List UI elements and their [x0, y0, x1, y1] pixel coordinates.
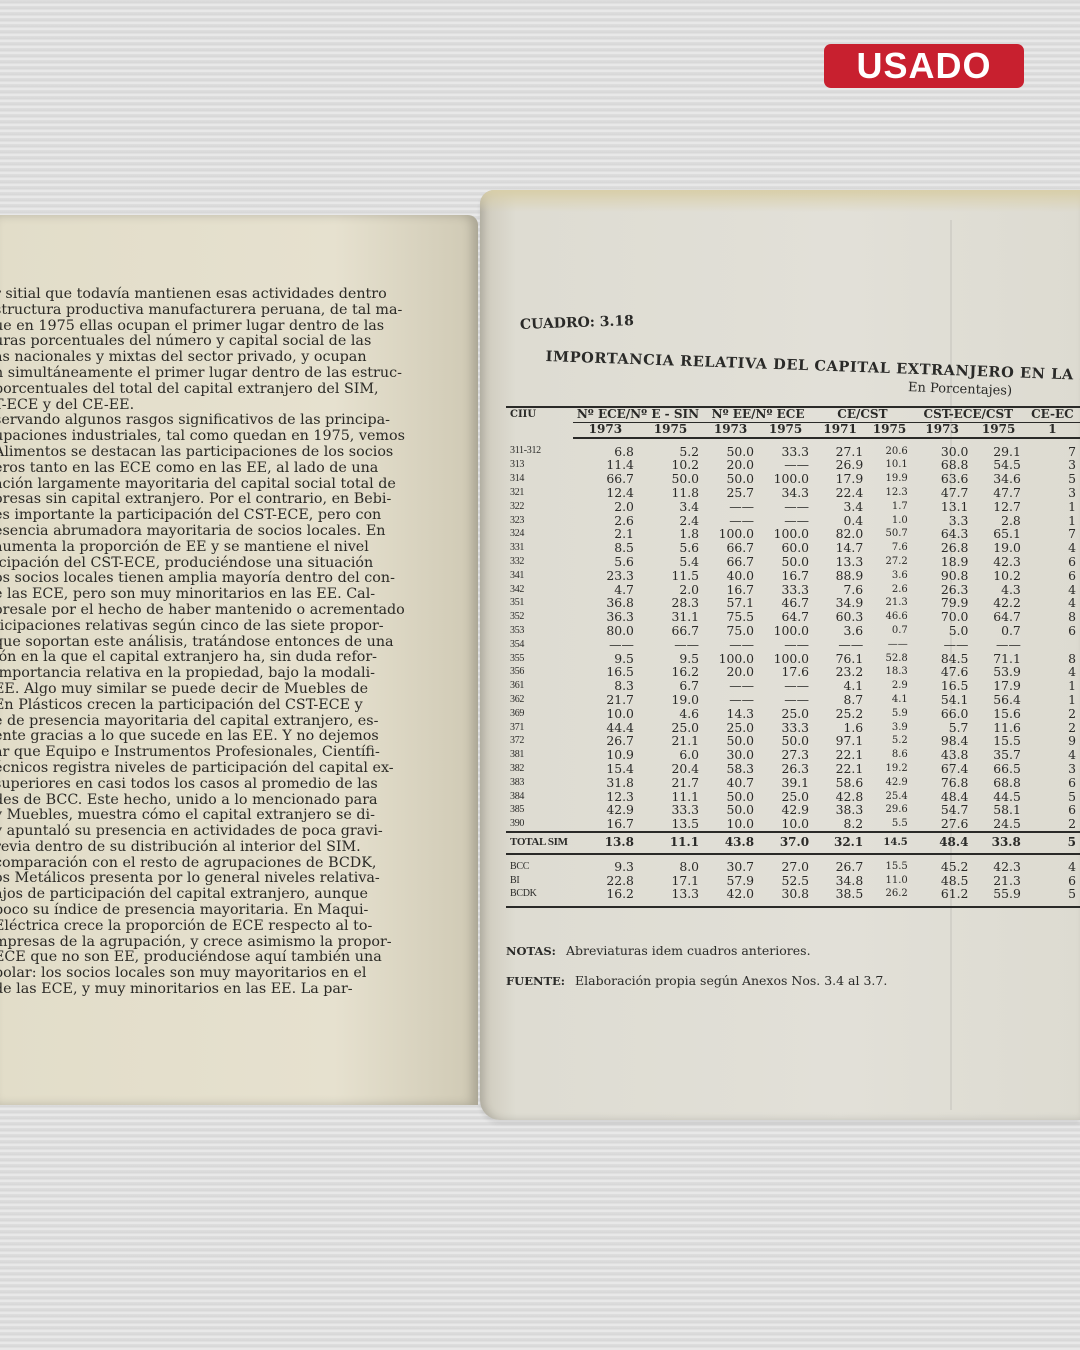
table-cell: 4 — [1025, 748, 1080, 762]
table-cell: 6 — [1025, 776, 1080, 790]
year-header: 1973 — [573, 422, 638, 437]
text-line: upaciones industriales, tal como quedan … — [0, 429, 434, 445]
table-cell: 0.4 — [813, 514, 867, 528]
table-cell: 67.4 — [912, 762, 973, 776]
table-cell: 13.3 — [813, 555, 867, 569]
table-cell: 14.5 — [867, 832, 912, 854]
table-subtitle: En Porcentajes) — [908, 380, 1013, 399]
table-cell: 21.3 — [972, 874, 1024, 888]
text-line: des de BCC. Este hecho, unido a lo menci… — [0, 793, 434, 809]
table-cell: —— — [813, 638, 867, 652]
ciiu-code: 381 — [506, 748, 573, 762]
table-cell: 50.0 — [758, 734, 813, 748]
table-cell: 6 — [1025, 803, 1080, 817]
text-line: revia dentro de su distribución al inter… — [0, 840, 434, 856]
table-cell: 11.1 — [638, 832, 703, 854]
table-row: BI22.817.157.952.534.811.048.521.36 — [506, 874, 1080, 888]
year-header: 1973 — [703, 422, 758, 437]
left-page: r sitial que todavía mantienen esas acti… — [0, 215, 478, 1105]
table-cell: 28.3 — [638, 596, 703, 610]
table-cell: 8.0 — [638, 854, 703, 874]
text-line: y apuntaló su presencia en actividades d… — [0, 824, 434, 840]
table-cell: 5 — [1025, 832, 1080, 854]
table-row: 35616.516.220.017.623.218.347.653.94 — [506, 665, 1080, 679]
table-cell: 42.9 — [758, 803, 813, 817]
table-cell: 57.1 — [703, 596, 758, 610]
table-cell: 25.2 — [813, 707, 867, 721]
text-line: que soportan este análisis, tratándose e… — [0, 635, 434, 651]
table-cell: 20.6 — [867, 438, 912, 459]
table-cell: 42.8 — [813, 790, 867, 804]
year-header: 1973 — [912, 422, 973, 437]
table-row: 354———————————————— — [506, 638, 1080, 652]
table-cell: 5.7 — [912, 721, 973, 735]
ciiu-code: 382 — [506, 762, 573, 776]
table-cell: 53.9 — [972, 665, 1024, 679]
table-row: 38412.311.150.025.042.825.448.444.55 — [506, 790, 1080, 804]
table-cell: 1.0 — [867, 514, 912, 528]
table-cell: 5.6 — [638, 541, 703, 555]
text-line: superiores en casi todos los casos al pr… — [0, 777, 434, 793]
ciiu-code: TOTAL SIM — [506, 832, 573, 854]
table-row: 3618.36.7————4.12.916.517.91 — [506, 679, 1080, 693]
table-cell: 66.7 — [703, 541, 758, 555]
table-cell: —— — [758, 514, 813, 528]
table-cell: 9.5 — [573, 652, 638, 666]
table-cell: 26.7 — [573, 734, 638, 748]
text-line: icipación del CST-ECE, produciéndose una… — [0, 556, 434, 572]
table-cell: 10.2 — [638, 458, 703, 472]
table-cell: 13.8 — [573, 832, 638, 854]
table-cell: 10.0 — [758, 817, 813, 832]
table-cell: 64.7 — [758, 610, 813, 624]
ciiu-code: 332 — [506, 555, 573, 569]
table-cell: 45.2 — [912, 854, 973, 874]
column-group-header: Nº ECE/Nº E - SIN — [573, 407, 703, 422]
table-cell: 31.8 — [573, 776, 638, 790]
table-cell: 5.2 — [867, 734, 912, 748]
ciiu-code: 390 — [506, 817, 573, 832]
table-cell: 50.0 — [703, 790, 758, 804]
table-cell: 4 — [1025, 541, 1080, 555]
table-cell: 50.0 — [758, 555, 813, 569]
ciiu-code: 351 — [506, 596, 573, 610]
table-cell: 100.0 — [758, 652, 813, 666]
text-line: as nacionales y mixtas del sector privad… — [0, 350, 434, 366]
source-line: FUENTE:Elaboración propia según Anexos N… — [506, 966, 887, 996]
ciiu-code: 321 — [506, 486, 573, 500]
text-line: Eléctrica crece la proporción de ECE res… — [0, 919, 434, 935]
table-cell: 4.6 — [638, 707, 703, 721]
ciiu-code: 311-312 — [506, 438, 573, 459]
table-cell: 7 — [1025, 527, 1080, 541]
table-cell: —— — [758, 693, 813, 707]
table-cell: 1 — [1025, 500, 1080, 514]
table-cell: 22.4 — [813, 486, 867, 500]
table-cell: 27.0 — [758, 854, 813, 874]
table-cell: 21.7 — [638, 776, 703, 790]
table-cell: 16.5 — [573, 665, 638, 679]
right-page: CUADRO: 3.18 IMPORTANCIA RELATIVA DEL CA… — [480, 190, 1080, 1120]
table-cell: 43.8 — [703, 832, 758, 854]
ciiu-code: BCDK — [506, 887, 573, 907]
table-cell: 5 — [1025, 887, 1080, 907]
table-cell: 26.2 — [867, 887, 912, 907]
table-cell: 34.9 — [813, 596, 867, 610]
table-cell: 2.0 — [638, 583, 703, 597]
text-line: En Plásticos crecen la participación del… — [0, 698, 434, 714]
table-cell: 3.6 — [867, 569, 912, 583]
table-cell: 16.2 — [638, 665, 703, 679]
table-cell: 14.7 — [813, 541, 867, 555]
table-row: BCC9.38.030.727.026.715.545.242.34 — [506, 854, 1080, 874]
table-cell: 50.0 — [703, 803, 758, 817]
table-cell: 100.0 — [703, 652, 758, 666]
table-cell: 27.6 — [912, 817, 973, 832]
table-cell: —— — [758, 638, 813, 652]
table-cell: 66.7 — [573, 472, 638, 486]
table-cell: 15.5 — [867, 854, 912, 874]
table-cell: 11.6 — [972, 721, 1024, 735]
table-cell: 47.7 — [972, 486, 1024, 500]
table-cell: 25.0 — [638, 721, 703, 735]
table-cell: 46.7 — [758, 596, 813, 610]
table-cell: 64.7 — [972, 610, 1024, 624]
table-cell: 25.0 — [758, 707, 813, 721]
table-cell: 55.9 — [972, 887, 1024, 907]
table-row: 35136.828.357.146.734.921.379.942.24 — [506, 596, 1080, 610]
text-line: ajos de participación del capital extran… — [0, 887, 434, 903]
table-cell: 42.2 — [972, 596, 1024, 610]
table-row: 39016.713.510.010.08.25.527.624.52 — [506, 817, 1080, 832]
table-cell: 26.7 — [813, 854, 867, 874]
table-cell: 17.9 — [972, 679, 1024, 693]
table-cell: 20.0 — [703, 665, 758, 679]
table-cell: 5 — [1025, 790, 1080, 804]
table-row: 35236.331.175.564.760.346.670.064.78 — [506, 610, 1080, 624]
table-cell: 21.1 — [638, 734, 703, 748]
table-cell: 54.1 — [912, 693, 973, 707]
table-cell: 3 — [1025, 762, 1080, 776]
text-line: e las ECE, pero son muy minoritarios en … — [0, 587, 434, 603]
table-cell: 5.2 — [638, 438, 703, 459]
table-cell: 42.0 — [703, 887, 758, 907]
table-cell: —— — [758, 500, 813, 514]
table-cell: 42.9 — [867, 776, 912, 790]
table-cell: 33.3 — [758, 583, 813, 597]
ciiu-code: 362 — [506, 693, 573, 707]
ciiu-code: 323 — [506, 514, 573, 528]
text-line: poco su índice de presencia mayoritaria.… — [0, 903, 434, 919]
table-cell: 4.1 — [867, 693, 912, 707]
table-cell: 48.4 — [912, 790, 973, 804]
table-cell: 5.5 — [867, 817, 912, 832]
table-cell: 10.9 — [573, 748, 638, 762]
year-header: 1971 — [813, 422, 867, 437]
table-cell: 50.7 — [867, 527, 912, 541]
table-cell: 17.1 — [638, 874, 703, 888]
table-cell: 8 — [1025, 652, 1080, 666]
table-cell: 6 — [1025, 555, 1080, 569]
table-cell: 48.5 — [912, 874, 973, 888]
table-cell: 2 — [1025, 707, 1080, 721]
table-cell: 50.0 — [638, 472, 703, 486]
table-row: 34123.311.540.016.788.93.690.810.26 — [506, 569, 1080, 583]
table-cell: 8 — [1025, 610, 1080, 624]
table-row: 3325.65.466.750.013.327.218.942.36 — [506, 555, 1080, 569]
table-cell: 100.0 — [758, 527, 813, 541]
text-line: écnicos registra niveles de participació… — [0, 761, 434, 777]
table-cell: —— — [573, 638, 638, 652]
table-cell: 60.3 — [813, 610, 867, 624]
table-cell: 15.6 — [972, 707, 1024, 721]
table-cell: 3 — [1025, 486, 1080, 500]
table-cell: 4.7 — [573, 583, 638, 597]
table-cell: —— — [867, 638, 912, 652]
table-cell: 25.7 — [703, 486, 758, 500]
table-cell: 5.0 — [912, 624, 973, 638]
ciiu-code: 313 — [506, 458, 573, 472]
table-cell: 47.6 — [912, 665, 973, 679]
table-cell: 9.5 — [638, 652, 703, 666]
ciiu-code: 314 — [506, 472, 573, 486]
table-cell: 82.0 — [813, 527, 867, 541]
table-cell: 66.5 — [972, 762, 1024, 776]
table-cell: 42.3 — [972, 555, 1024, 569]
table-cell: 44.5 — [972, 790, 1024, 804]
table-cell: 19.9 — [867, 472, 912, 486]
table-cell: 19.2 — [867, 762, 912, 776]
table-cell: 4 — [1025, 854, 1080, 874]
text-line: EE. Algo muy similar se puede decir de M… — [0, 682, 434, 698]
table-row: 38542.933.350.042.938.329.654.758.16 — [506, 803, 1080, 817]
table-cell: 2 — [1025, 817, 1080, 832]
table-cell: 36.3 — [573, 610, 638, 624]
table-cell: 76.1 — [813, 652, 867, 666]
table-cell: 23.2 — [813, 665, 867, 679]
table-cell: 58.3 — [703, 762, 758, 776]
table-cell: 14.3 — [703, 707, 758, 721]
year-header: 1975 — [758, 422, 813, 437]
table-cell: 30.0 — [703, 748, 758, 762]
table-cell: 100.0 — [758, 472, 813, 486]
table-cell: 80.0 — [573, 624, 638, 638]
table-cell: 33.3 — [638, 803, 703, 817]
table-cell: 30.8 — [758, 887, 813, 907]
year-header: 1 — [1025, 422, 1080, 437]
table-row: 32112.411.825.734.322.412.347.747.73 — [506, 486, 1080, 500]
table-cell: 75.0 — [703, 624, 758, 638]
table-cell: 75.5 — [703, 610, 758, 624]
table-cell: 12.3 — [867, 486, 912, 500]
table-cell: 4.3 — [972, 583, 1024, 597]
table-cell: 7.6 — [867, 541, 912, 555]
text-line: de las ECE, y muy minoritarios en las EE… — [0, 982, 434, 998]
table-cell: 44.4 — [573, 721, 638, 735]
table-cell: 6 — [1025, 874, 1080, 888]
table-cell: 40.7 — [703, 776, 758, 790]
table-cell: 27.1 — [813, 438, 867, 459]
table-cell: 12.4 — [573, 486, 638, 500]
table-cell: 16.5 — [912, 679, 973, 693]
table-cell: 8.7 — [813, 693, 867, 707]
table-cell: 90.8 — [912, 569, 973, 583]
table-cell: 11.8 — [638, 486, 703, 500]
table-row: 37226.721.150.050.097.15.298.415.59 — [506, 734, 1080, 748]
table-cell: 1 — [1025, 679, 1080, 693]
table-cell: 42.3 — [972, 854, 1024, 874]
table-cell: 17.6 — [758, 665, 813, 679]
table-row: 38331.821.740.739.158.642.976.868.86 — [506, 776, 1080, 790]
text-line: importancia relativa en la propiedad, ba… — [0, 666, 434, 682]
table-cell: 8.6 — [867, 748, 912, 762]
table-row: 38215.420.458.326.322.119.267.466.53 — [506, 762, 1080, 776]
table-cell: 4 — [1025, 596, 1080, 610]
table-cell: 4.1 — [813, 679, 867, 693]
column-group-header: CE-EC — [1025, 407, 1080, 422]
table-cell: 88.9 — [813, 569, 867, 583]
table-cell: —— — [972, 638, 1024, 652]
table-cell: 13.1 — [912, 500, 973, 514]
table-cell: 10.1 — [867, 458, 912, 472]
ciiu-code: 342 — [506, 583, 573, 597]
table-cell: 33.3 — [758, 721, 813, 735]
table-row: 3242.11.8100.0100.082.050.764.365.17 — [506, 527, 1080, 541]
table-cell: 25.0 — [758, 790, 813, 804]
data-table: CIIUNº ECE/Nº E - SINNº EE/Nº ECECE/CSTC… — [506, 406, 1080, 908]
table-cell: 50.0 — [703, 472, 758, 486]
table-cell: 10.0 — [573, 707, 638, 721]
table-cell: 11.5 — [638, 569, 703, 583]
table-cell: 38.3 — [813, 803, 867, 817]
table-cell: 3.4 — [638, 500, 703, 514]
table-row: 37144.425.025.033.31.63.95.711.62 — [506, 721, 1080, 735]
ciiu-code: 383 — [506, 776, 573, 790]
table-row: 36910.04.614.325.025.25.966.015.62 — [506, 707, 1080, 721]
table-row: TOTAL SIM13.811.143.837.032.114.548.433.… — [506, 832, 1080, 854]
text-line: T-ECE y del CE-EE. — [0, 398, 434, 414]
table-cell: 26.8 — [912, 541, 973, 555]
table-cell: 48.4 — [912, 832, 973, 854]
ciiu-code: 369 — [506, 707, 573, 721]
table-cell: 7 — [1025, 438, 1080, 459]
table-cell: 6.7 — [638, 679, 703, 693]
table-cell: 98.4 — [912, 734, 973, 748]
table-cell: 61.2 — [912, 887, 973, 907]
table-cell: 37.0 — [758, 832, 813, 854]
table-cell: 52.8 — [867, 652, 912, 666]
table-cell: 11.0 — [867, 874, 912, 888]
table-row: 35380.066.775.0100.03.60.75.00.76 — [506, 624, 1080, 638]
table-cell: 27.3 — [758, 748, 813, 762]
text-line: ión en la que el capital extranjero ha, … — [0, 650, 434, 666]
table-cell: 34.8 — [813, 874, 867, 888]
table-cell: 66.7 — [703, 555, 758, 569]
table-cell: 57.9 — [703, 874, 758, 888]
column-group-header: CE/CST — [813, 407, 912, 422]
table-cell: 10.0 — [703, 817, 758, 832]
table-cell: 23.3 — [573, 569, 638, 583]
text-line: Alimentos se destacan las participacione… — [0, 445, 434, 461]
table-cell: 3.9 — [867, 721, 912, 735]
table-cell: 16.7 — [573, 817, 638, 832]
table-cell: 0.7 — [972, 624, 1024, 638]
ciiu-code: 355 — [506, 652, 573, 666]
table-cell: —— — [703, 693, 758, 707]
column-group-header: Nº EE/Nº ECE — [703, 407, 813, 422]
used-badge: USADO — [824, 44, 1024, 88]
text-line: oresale por el hecho de haber mantenido … — [0, 603, 434, 619]
ciiu-code: 372 — [506, 734, 573, 748]
table-cell: 35.7 — [972, 748, 1024, 762]
table-cell: 84.5 — [912, 652, 973, 666]
table-group-header: CIIUNº ECE/Nº E - SINNº EE/Nº ECECE/CSTC… — [506, 407, 1080, 422]
table-cell: 68.8 — [912, 458, 973, 472]
table-cell: 34.6 — [972, 472, 1024, 486]
table-row: 38110.96.030.027.322.18.643.835.74 — [506, 748, 1080, 762]
ciiu-code: 324 — [506, 527, 573, 541]
table-cell: 1.6 — [813, 721, 867, 735]
table-cell: 39.1 — [758, 776, 813, 790]
ciiu-code: 385 — [506, 803, 573, 817]
text-line: ente gracias a lo que sucede en las EE. … — [0, 729, 434, 745]
table-cell: 5.6 — [573, 555, 638, 569]
table-cell: 15.4 — [573, 762, 638, 776]
table-cell: 11.4 — [573, 458, 638, 472]
table-cell: 16.7 — [758, 569, 813, 583]
table-cell: 2.9 — [867, 679, 912, 693]
table-cell: 100.0 — [758, 624, 813, 638]
table-cell: 2.6 — [573, 514, 638, 528]
table-cell: 2.4 — [638, 514, 703, 528]
table-cell: 24.5 — [972, 817, 1024, 832]
table-cell: 26.9 — [813, 458, 867, 472]
open-book: r sitial que todavía mantienen esas acti… — [0, 190, 1080, 1130]
table-cell: 3.3 — [912, 514, 973, 528]
table-cell: 97.1 — [813, 734, 867, 748]
table-cell: 18.3 — [867, 665, 912, 679]
table-cell: 46.6 — [867, 610, 912, 624]
text-line: ECE que no son EE, produciéndose aquí ta… — [0, 950, 434, 966]
table-cell: 9 — [1025, 734, 1080, 748]
table-cell: 40.0 — [703, 569, 758, 583]
table-cell: 60.0 — [758, 541, 813, 555]
year-header: 1975 — [638, 422, 703, 437]
table-row: 31311.410.220.0——26.910.168.854.53 — [506, 458, 1080, 472]
text-line: ar que Equipo e Instrumentos Profesional… — [0, 745, 434, 761]
year-header: 1975 — [972, 422, 1024, 437]
table-cell: 66.0 — [912, 707, 973, 721]
table-cell: 30.7 — [703, 854, 758, 874]
table-cell: 12.7 — [972, 500, 1024, 514]
table-row: 3318.55.666.760.014.77.626.819.04 — [506, 541, 1080, 555]
table-cell: 2.1 — [573, 527, 638, 541]
text-line: servando algunos rasgos significativos d… — [0, 413, 434, 429]
table-cell: 2.8 — [972, 514, 1024, 528]
table-row: 36221.719.0————8.74.154.156.41 — [506, 693, 1080, 707]
table-cell: 36.8 — [573, 596, 638, 610]
table-cell: 18.9 — [912, 555, 973, 569]
table-cell: 33.3 — [758, 438, 813, 459]
table-row: 3222.03.4————3.41.713.112.71 — [506, 500, 1080, 514]
table-cell: 66.7 — [638, 624, 703, 638]
table-cell: 79.9 — [912, 596, 973, 610]
table-cell: 32.1 — [813, 832, 867, 854]
table-cell: 34.3 — [758, 486, 813, 500]
table-cell: 9.3 — [573, 854, 638, 874]
table-cell: —— — [912, 638, 973, 652]
table-cell: 4 — [1025, 583, 1080, 597]
